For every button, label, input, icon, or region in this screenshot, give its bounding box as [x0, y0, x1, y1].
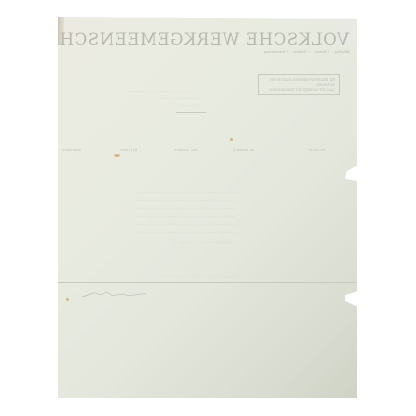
reference-box: BIJ BEANTWOORDING DATUM EN NUMMER VAN DI…	[258, 74, 340, 95]
address-line: .......................	[156, 95, 204, 101]
ref-label-subject: Uw brief	[308, 147, 325, 153]
reference-box-line: BIJ BEANTWOORDING DATUM EN NUMMER	[263, 78, 335, 88]
letterhead-title: VOLKSCHE WERKGEMEENSCHAP	[58, 30, 357, 49]
body-line: ........................................…	[136, 229, 237, 235]
letterhead-title-text: VOLKSCHE WERKGEMEENSCHAP	[58, 30, 349, 49]
address-line: ...........	[180, 102, 203, 108]
fold-crease	[58, 282, 357, 283]
ref-label-your-letter: Onderwerp	[62, 147, 81, 153]
body-line: ........................................…	[136, 221, 237, 227]
body-line: ........................................…	[136, 189, 241, 195]
body-line: ........................................	[158, 273, 242, 279]
ref-label-our-ref: Ons kenmerk	[174, 147, 197, 153]
address-line: ................................	[128, 88, 195, 94]
body-line: ........................................…	[136, 197, 237, 203]
body-line: ..........................	[178, 239, 233, 245]
ref-label-attachments: Uw kenmerk	[233, 147, 254, 153]
date-underline	[176, 112, 206, 113]
letterhead-subtitle: Afdeeling ... • Bureau ... • Telefoon ..…	[60, 50, 350, 54]
ref-label-your-ref: Bijlagen	[120, 147, 137, 153]
signature	[80, 285, 150, 301]
rust-stain	[66, 298, 69, 301]
letterhead-subtitle-text: Afdeeling ... • Bureau ... • Telefoon ..…	[60, 50, 350, 54]
rust-stain	[230, 138, 233, 141]
rust-stain	[114, 154, 120, 157]
body-line: ........................................…	[136, 205, 237, 211]
body-line: ........................................…	[136, 213, 237, 219]
letter-sheet: VOLKSCHE WERKGEMEENSCHAP Afdeeling ... •…	[58, 17, 357, 398]
reference-box-line: VAN DIT SCHRIJVEN VERMELDEN	[263, 88, 335, 93]
